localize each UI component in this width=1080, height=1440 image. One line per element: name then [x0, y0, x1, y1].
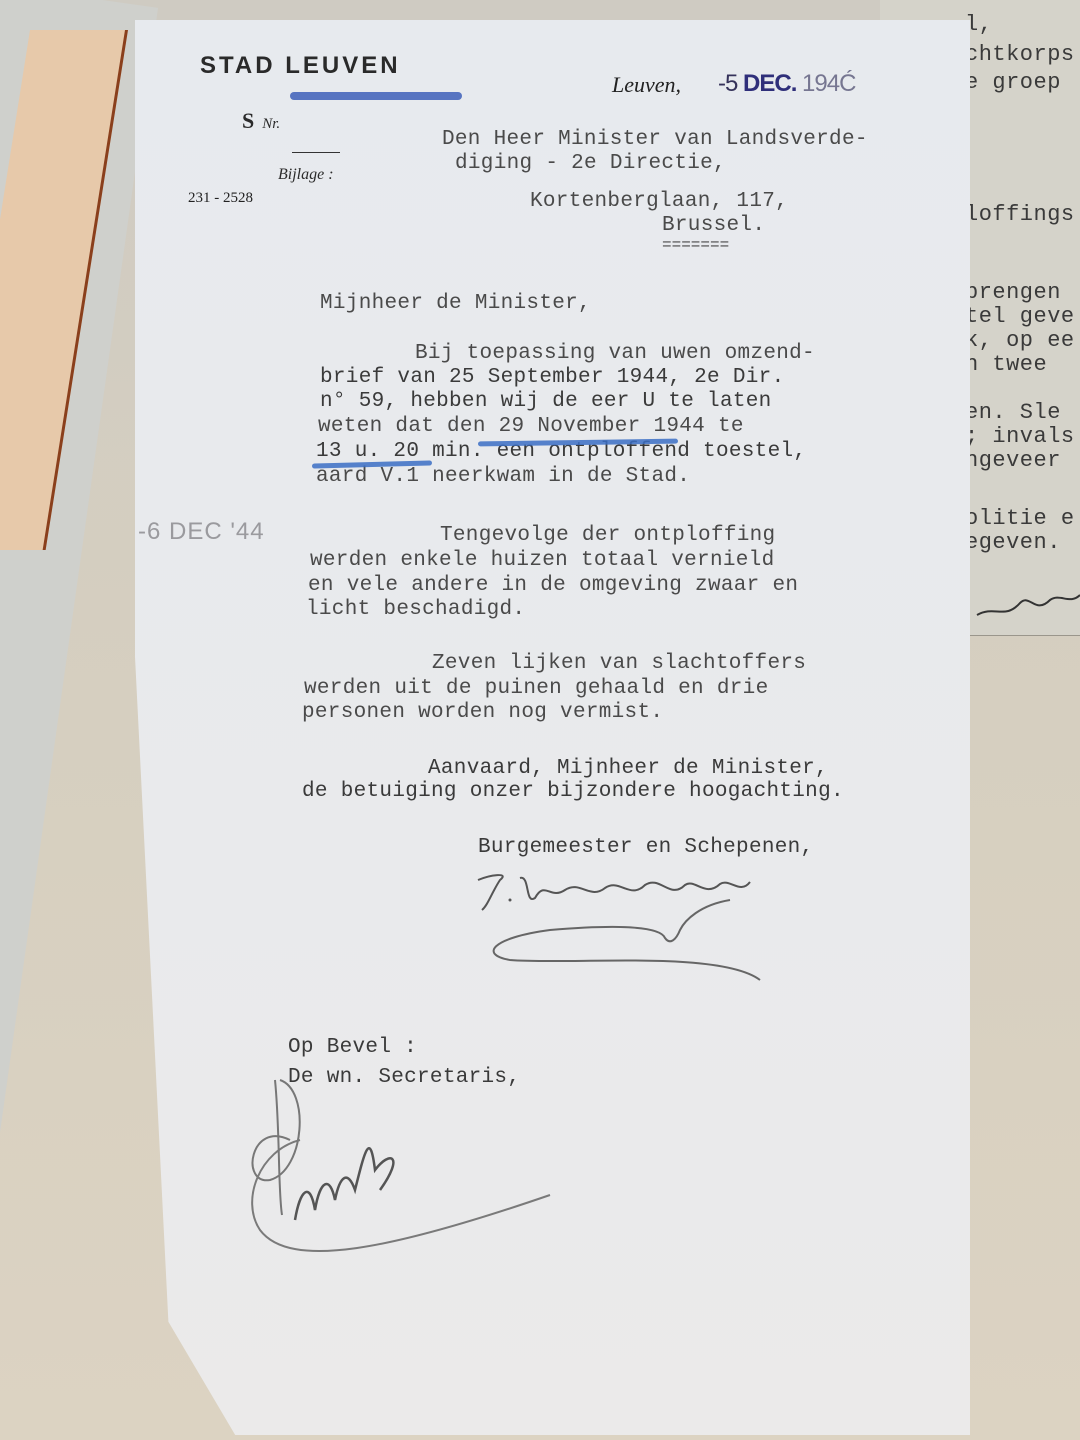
background-text-line: ngeveer: [965, 448, 1061, 473]
order-label: Op Bevel :: [288, 1036, 417, 1059]
addressee-line: Den Heer Minister van Landsverde-: [442, 128, 868, 151]
letterhead-city: STAD LEUVEN: [200, 52, 401, 80]
date-stamp-day: -5: [718, 70, 737, 97]
background-text-line: olitie e: [965, 506, 1075, 531]
background-text-line: egeven.: [965, 530, 1061, 555]
received-stamp: -6 DEC '44: [138, 518, 265, 546]
paragraph-line: weten dat den 29 November 1944 te: [318, 415, 744, 438]
reference-number: 231 - 2528: [188, 190, 253, 207]
paragraph-line: aard V.1 neerkwam in de Stad.: [316, 465, 690, 488]
background-text-line: brengen: [965, 280, 1061, 305]
date-stamp-year: 194Ć: [802, 70, 855, 97]
mayor-signature: [470, 870, 830, 1000]
paragraph-line: licht beschadigd.: [306, 598, 525, 621]
bijlage-label: Bijlage :: [278, 166, 334, 184]
divider: [292, 152, 340, 153]
secretary-signature: [240, 1070, 570, 1270]
paragraph-line: werden uit de puinen gehaald en drie: [304, 677, 768, 700]
council-label: Burgemeester en Schepenen,: [478, 836, 813, 859]
closing-line: de betuiging onzer bijzondere hoogachtin…: [302, 780, 844, 803]
paragraph-line: Bij toepassing van uwen omzend-: [415, 342, 815, 365]
background-signature: [975, 585, 1080, 625]
addressee-line: Kortenberglaan, 117,: [530, 190, 788, 213]
date-stamp: -5 DEC. 194Ć: [718, 70, 855, 98]
paragraph-line: Tengevolge der ontploffing: [440, 524, 775, 547]
s-label: S: [242, 108, 254, 133]
letterhead-s-nr: SNr.: [242, 108, 280, 134]
dateline-place: Leuven,: [612, 72, 681, 98]
background-text-line: n twee: [965, 352, 1047, 377]
background-text-line: tel geve: [965, 304, 1075, 329]
paragraph-line: werden enkele huizen totaal vernield: [310, 549, 774, 572]
closing-line: Aanvaard, Mijnheer de Minister,: [428, 757, 828, 780]
background-text-line: loffings: [965, 202, 1075, 227]
addressee-rule: =======: [662, 234, 729, 257]
date-stamp-month: DEC.: [743, 70, 796, 97]
paragraph-line: personen worden nog vermist.: [302, 701, 663, 724]
paragraph-line: Zeven lijken van slachtoffers: [432, 652, 806, 675]
paragraph-line: n° 59, hebben wij de eer U te laten: [320, 390, 772, 413]
paragraph-line: brief van 25 September 1944, 2e Dir.: [320, 366, 784, 389]
nr-label: Nr.: [262, 116, 280, 132]
background-text-line: e groep: [965, 70, 1061, 95]
background-text-line: en. Sle: [965, 400, 1061, 425]
blue-pencil-underline: [290, 92, 462, 100]
paragraph-line: en vele andere in de omgeving zwaar en: [308, 574, 798, 597]
addressee-line: diging - 2e Directie,: [455, 152, 726, 175]
background-text-line: chtkorps: [965, 42, 1075, 67]
background-text-line: k, op ee: [965, 328, 1075, 353]
background-text-line: ; invals: [965, 424, 1075, 449]
salutation: Mijnheer de Minister,: [320, 292, 591, 315]
